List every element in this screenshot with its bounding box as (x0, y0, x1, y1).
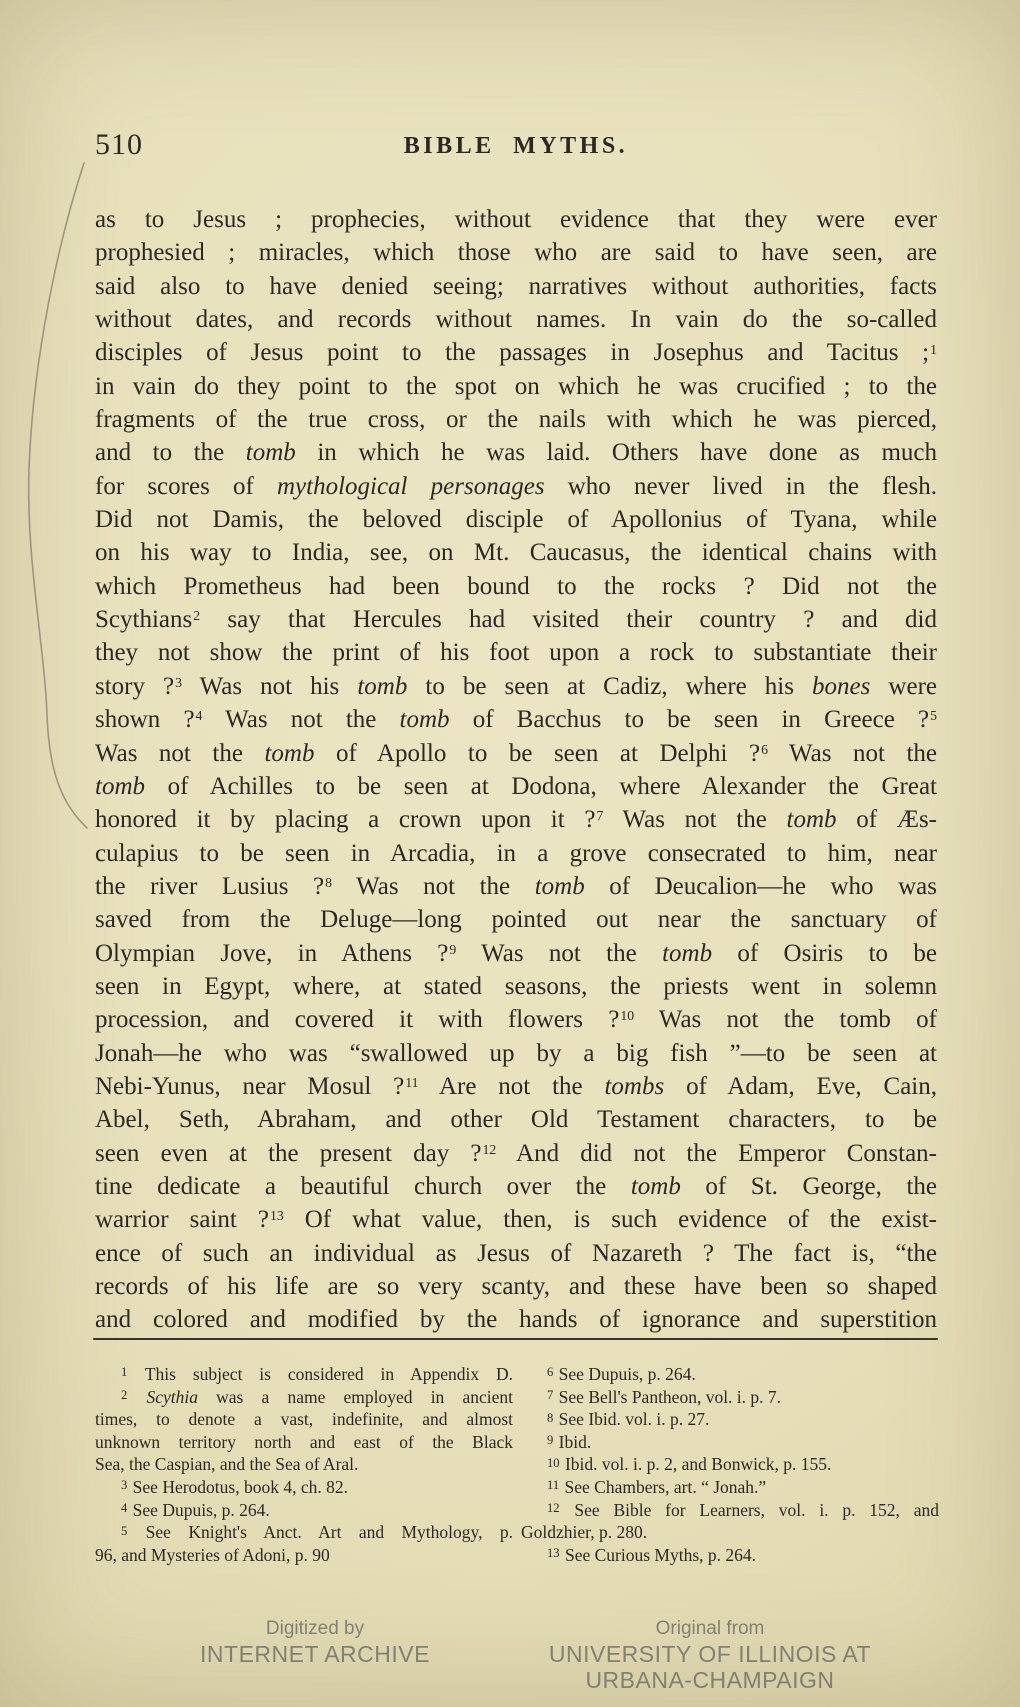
body-text-line: without dates, and records without names… (95, 303, 937, 336)
footnote-line: 1 This subject is considered in Appendix… (95, 1363, 513, 1386)
body-text-line: Scythians2 say that Hercules had visited… (95, 603, 937, 636)
body-text-line: story ?3 Was not his tomb to be seen at … (95, 670, 937, 703)
body-text-line: they not show the print of his foot upon… (95, 636, 937, 669)
body-text-line: and to the tomb in which he was laid. Ot… (95, 436, 937, 469)
footnote-line: 5 See Knight's Anct. Art and Mythology, … (95, 1521, 513, 1544)
running-title: BIBLE MYTHS. (95, 133, 937, 159)
footnote-line: 10 Ibid. vol. i. p. 2, and Bonwick, p. 1… (521, 1453, 939, 1476)
body-text-line: seen in Egypt, where, at stated seasons,… (95, 970, 937, 1003)
body-text-line: tine dedicate a beautiful church over th… (95, 1170, 937, 1203)
footnote-line: Goldzhier, p. 280. (521, 1521, 939, 1544)
body-text-line: said also to have denied seeing; narrati… (95, 270, 937, 303)
body-text-line: in vain do they point to the spot on whi… (95, 370, 937, 403)
footnote-line: 9 Ibid. (521, 1431, 939, 1454)
body-text-line: ence of such an individual as Jesus of N… (95, 1237, 937, 1270)
digitized-by-stamp: Digitized by INTERNET ARCHIVE (95, 1616, 535, 1667)
university-name-line2: URBANA-CHAMPAIGN (475, 1667, 945, 1693)
body-text-line: fragments of the true cross, or the nail… (95, 403, 937, 436)
footnote-line: 7 See Bell's Pantheon, vol. i. p. 7. (521, 1386, 939, 1409)
body-text-line: Did not Damis, the beloved disciple of A… (95, 503, 937, 536)
body-text-line: tomb of Achilles to be seen at Dodona, w… (95, 770, 937, 803)
body-text-line: Nebi-Yunus, near Mosul ?11 Are not the t… (95, 1070, 937, 1103)
footnote-line: 6 See Dupuis, p. 264. (521, 1363, 939, 1386)
body-text-line: seen even at the present day ?12 And did… (95, 1137, 937, 1170)
body-text-line: and colored and modified by the hands of… (95, 1303, 937, 1336)
body-text-line: records of his life are so very scanty, … (95, 1270, 937, 1303)
body-text-line: culapius to be seen in Arcadia, in a gro… (95, 837, 937, 870)
book-page-scan: 510 BIBLE MYTHS. as to Jesus ; prophecie… (0, 0, 1020, 1707)
footnotes-left-column: 1 This subject is considered in Appendix… (95, 1363, 513, 1566)
body-text-line: saved from the Deluge—long pointed out n… (95, 903, 937, 936)
body-text-line: shown ?4 Was not the tomb of Bacchus to … (95, 703, 937, 736)
university-name-line1: UNIVERSITY OF ILLINOIS AT (475, 1641, 945, 1667)
body-text-line: honored it by placing a crown upon it ?7… (95, 803, 937, 836)
footnote-line: 4 See Dupuis, p. 264. (95, 1499, 513, 1522)
footnote-line: 2 Scythia was a name employed in ancient (95, 1386, 513, 1409)
body-text-line: Olympian Jove, in Athens ?9 Was not the … (95, 937, 937, 970)
body-text-line: Abel, Seth, Abraham, and other Old Testa… (95, 1103, 937, 1136)
footnote-rule (93, 1338, 938, 1340)
digitized-by-label: Digitized by (95, 1616, 535, 1641)
body-text-line: as to Jesus ; prophecies, without eviden… (95, 203, 937, 236)
body-text-line: disciples of Jesus point to the passages… (95, 336, 937, 369)
footnote-line: 11 See Chambers, art. “ Jonah.” (521, 1476, 939, 1499)
footnote-line: 8 See Ibid. vol. i. p. 27. (521, 1408, 939, 1431)
footnote-line: 12 See Bible for Learners, vol. i. p. 15… (521, 1499, 939, 1522)
original-from-label: Original from (475, 1616, 945, 1641)
original-from-stamp: Original from UNIVERSITY OF ILLINOIS AT … (475, 1616, 945, 1693)
footnote-line: unknown territory north and east of the … (95, 1431, 513, 1454)
body-text-line: for scores of mythological personages wh… (95, 470, 937, 503)
body-text-line: procession, and covered it with flowers … (95, 1003, 937, 1036)
footnote-line: 96, and Mysteries of Adoni, p. 90 (95, 1544, 513, 1567)
body-text-line: Jonah—he who was “swallowed up by a big … (95, 1037, 937, 1070)
body-text-line: on his way to India, see, on Mt. Caucasu… (95, 536, 937, 569)
footnote-line: 3 See Herodotus, book 4, ch. 82. (95, 1476, 513, 1499)
footnotes-right-column: 6 See Dupuis, p. 264.7 See Bell's Panthe… (521, 1363, 939, 1566)
body-text: as to Jesus ; prophecies, without eviden… (95, 203, 937, 1337)
body-text-line: prophesied ; miracles, which those who a… (95, 236, 937, 269)
body-text-line: the river Lusius ?8 Was not the tomb of … (95, 870, 937, 903)
body-text-line: warrior saint ?13 Of what value, then, i… (95, 1203, 937, 1236)
body-text-line: Was not the tomb of Apollo to be seen at… (95, 737, 937, 770)
footnote-line: 13 See Curious Myths, p. 264. (521, 1544, 939, 1567)
footnote-line: times, to denote a vast, indefinite, and… (95, 1408, 513, 1431)
body-text-line: which Prometheus had been bound to the r… (95, 570, 937, 603)
footnote-line: Sea, the Caspian, and the Sea of Aral. (95, 1453, 513, 1476)
internet-archive-name: INTERNET ARCHIVE (95, 1641, 535, 1667)
